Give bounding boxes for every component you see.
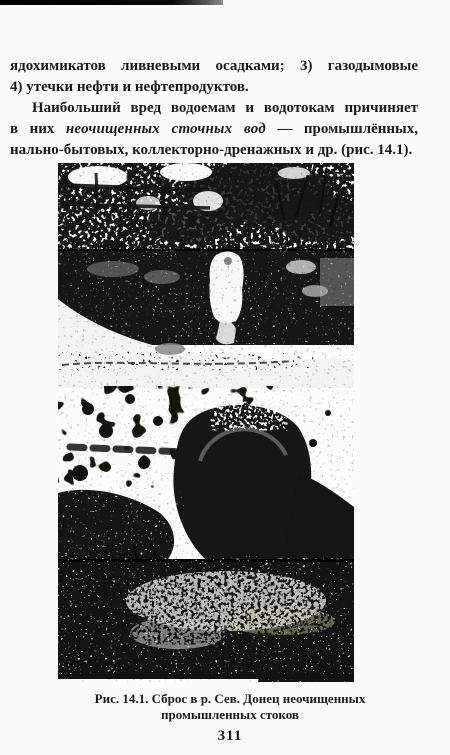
photo-grain-overlay: [58, 163, 354, 682]
figure-14-1: [58, 163, 354, 682]
body-text-run: ядохимикатов ливневыми осадками; 3) газо…: [10, 58, 418, 77]
body-text-run: Наибольший вред водоемам и водотокам при…: [32, 100, 418, 116]
body-text-run: 4) утечки нефти и нефтепродуктов.: [10, 79, 249, 95]
body-text: ядохимикатов ливневыми осадками; 3) газо…: [10, 56, 418, 161]
figure-photo: [58, 163, 354, 682]
text-line: ядохимикатов ливневыми осадками; 3) газо…: [10, 56, 418, 77]
book-page: ядохимикатов ливневыми осадками; 3) газо…: [0, 0, 450, 755]
body-text-run: в них: [10, 121, 66, 137]
caption-line: промышленных стоков: [20, 707, 440, 723]
text-line: нально-бытовых, коллекторно-дренажных и …: [10, 140, 418, 161]
body-text-run: нально-бытовых, коллекторно-дренажных и …: [10, 142, 412, 158]
figure-caption: Рис. 14.1. Сброс в р. Сев. Донец неочище…: [20, 691, 440, 723]
scan-artifact-top-bar: [0, 0, 223, 5]
page-number: 311: [20, 728, 440, 745]
text-line: Наибольший вред водоемам и водотокам при…: [10, 98, 418, 119]
text-line: в них неочищенных сточных вод — промышлё…: [10, 119, 418, 140]
emphasis-text: неочищенных сточных вод: [66, 121, 266, 137]
text-line: 4) утечки нефти и нефтепродуктов.: [10, 77, 418, 98]
caption-line: Рис. 14.1. Сброс в р. Сев. Донец неочище…: [20, 691, 440, 707]
